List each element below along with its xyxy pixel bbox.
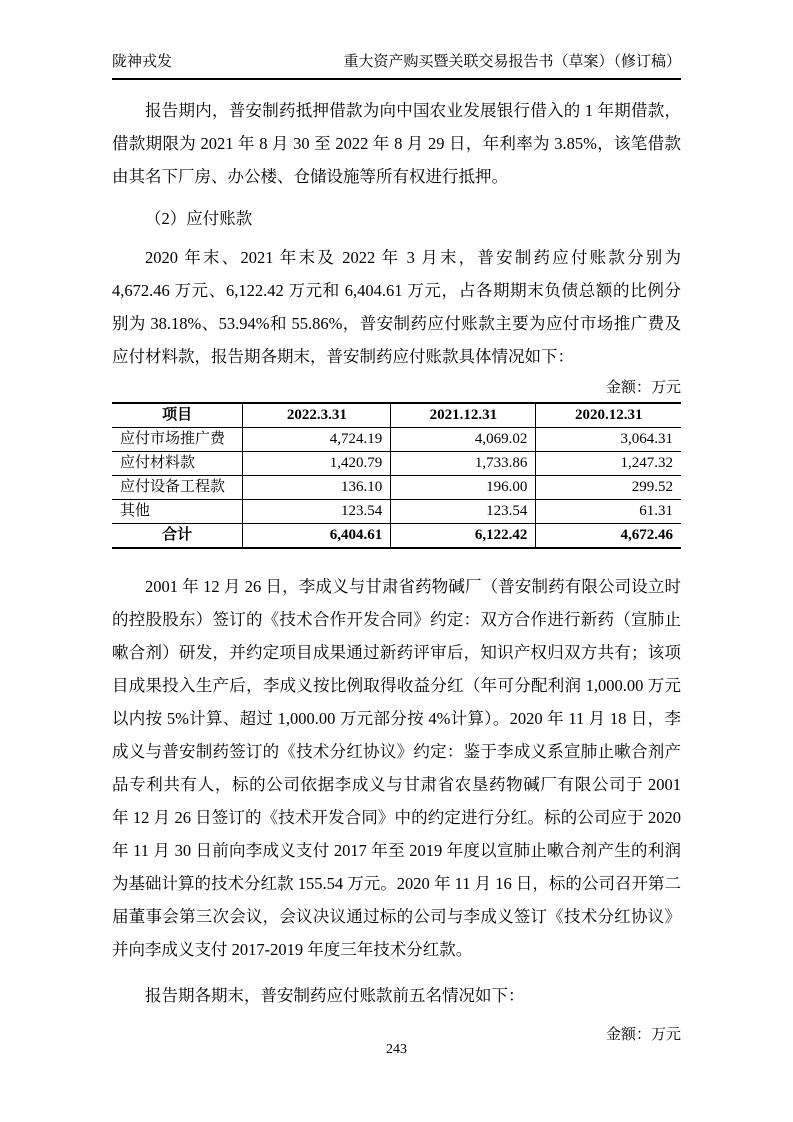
row-label: 应付设备工程款 <box>112 476 243 500</box>
table-row: 应付设备工程款 136.10 196.00 299.52 <box>112 476 681 500</box>
col-header-2021-12-31: 2021.12.31 <box>391 403 536 428</box>
row-value: 299.52 <box>536 476 681 500</box>
table-total-row: 合计 6,404.61 6,122.42 4,672.46 <box>112 524 681 549</box>
paragraph-payables-overview: 2020 年末、2021 年末及 2022 年 3 月末，普安制药应付账款分别为… <box>112 241 681 373</box>
row-value: 3,064.31 <box>536 428 681 452</box>
paragraph-top5-intro: 报告期各期末，普安制药应付账款前五名情况如下： <box>112 979 681 1012</box>
col-header-2022-3-31: 2022.3.31 <box>243 403 391 428</box>
table-row: 其他 123.54 123.54 61.31 <box>112 500 681 524</box>
table-row: 应付材料款 1,420.79 1,733.86 1,247.32 <box>112 452 681 476</box>
row-value: 123.54 <box>243 500 391 524</box>
row-value: 1,420.79 <box>243 452 391 476</box>
row-value: 1,733.86 <box>391 452 536 476</box>
row-value: 4,724.19 <box>243 428 391 452</box>
total-label: 合计 <box>112 524 243 549</box>
col-header-item: 项目 <box>112 403 243 428</box>
row-value: 136.10 <box>243 476 391 500</box>
header-company-name: 陇神戎发 <box>112 52 172 72</box>
total-value: 4,672.46 <box>536 524 681 549</box>
row-value: 61.31 <box>536 500 681 524</box>
total-value: 6,122.42 <box>391 524 536 549</box>
section-heading-accounts-payable: （2）应付账款 <box>112 202 681 235</box>
total-value: 6,404.61 <box>243 524 391 549</box>
row-label: 应付市场推广费 <box>112 428 243 452</box>
page-header: 陇神戎发 重大资产购买暨关联交易报告书（草案）（修订稿） <box>112 52 681 80</box>
paragraph-mortgage-loan: 报告期内，普安制药抵押借款为向中国农业发展银行借入的 1 年期借款，借款期限为 … <box>112 94 681 193</box>
col-header-2020-12-31: 2020.12.31 <box>536 403 681 428</box>
table-unit-label: 金额：万元 <box>112 377 681 399</box>
paragraph-technology-dividend-agreement: 2001 年 12 月 26 日，李成义与甘肃省药物碱厂（普安制药有限公司设立时… <box>112 570 681 966</box>
header-report-title: 重大资产购买暨关联交易报告书（草案）（修订稿） <box>343 52 681 72</box>
row-label: 应付材料款 <box>112 452 243 476</box>
row-value: 196.00 <box>391 476 536 500</box>
page-number: 243 <box>0 1042 793 1058</box>
row-value: 1,247.32 <box>536 452 681 476</box>
table-row: 应付市场推广费 4,724.19 4,069.02 3,064.31 <box>112 428 681 452</box>
row-value: 4,069.02 <box>391 428 536 452</box>
table-header-row: 项目 2022.3.31 2021.12.31 2020.12.31 <box>112 403 681 428</box>
row-label: 其他 <box>112 500 243 524</box>
accounts-payable-table: 项目 2022.3.31 2021.12.31 2020.12.31 应付市场推… <box>112 402 681 549</box>
document-page: 陇神戎发 重大资产购买暨关联交易报告书（草案）（修订稿） 报告期内，普安制药抵押… <box>0 0 793 1122</box>
row-value: 123.54 <box>391 500 536 524</box>
